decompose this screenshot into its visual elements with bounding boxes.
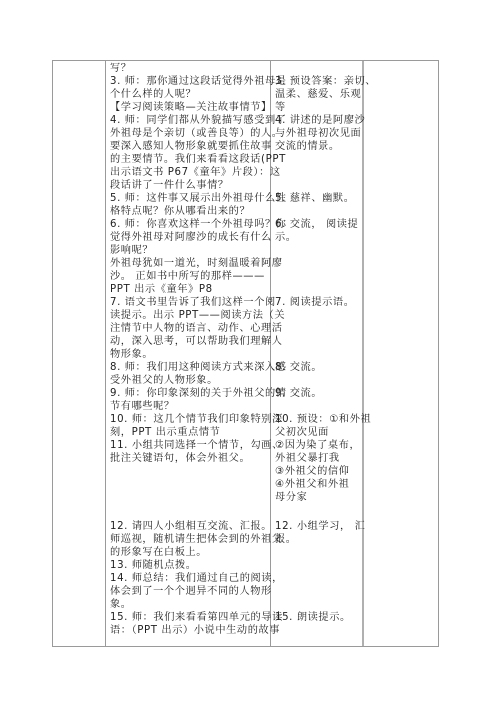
text-line: 交流的情景。 [275, 141, 340, 153]
text-line: 个什么样的人呢？ [110, 89, 196, 101]
column-teacher-activity: 写？3. 师：那你通过这段话觉得外祖母是个什么样的人呢？【学习阅读策略—关注故事… [106, 61, 271, 646]
column-design-intent [364, 61, 439, 646]
text-line: 批注关键语句，体会外祖父。 [110, 453, 250, 465]
text-line: 格特点呢？你从哪看出来的？ [110, 206, 250, 218]
text-line: 10. 师：这几个情节我们印象特别深 [110, 414, 283, 426]
text-line: 要深入感知人物形象就要抓住故事 [110, 141, 272, 153]
text-line: ③外祖父的信仰 [275, 466, 349, 478]
text-line: 15. 师：我们来看看第四单元的导读 [110, 612, 283, 624]
text-line: 注情节中人物的语言、动作、心理活 [110, 323, 283, 335]
text-line: 写？ [110, 63, 132, 75]
text-line: 10. 预设：①和外祖 [275, 414, 371, 426]
text-line: 师巡视，随机请生把体会到的外祖父 [110, 534, 283, 546]
text-line: 4. 师：同学们都从外貌描写感受到了 [110, 115, 287, 127]
text-line: 与外祖母初次见面 [275, 128, 361, 140]
text-line: 出示语文书 P67《童年》片段）：这 [110, 167, 281, 179]
text-line: 受外祖父的人物形象。 [110, 375, 218, 387]
lesson-plan-table: 写？3. 师：那你通过这段话觉得外祖母是个什么样的人呢？【学习阅读策略—关注故事… [52, 60, 439, 647]
text-line: 7. 语文书里告诉了我们这样一个阅 [110, 297, 276, 309]
text-line: 象。 [110, 599, 132, 611]
text-line: 12. 小组学习， 汇 [275, 521, 365, 533]
text-line: 6. 师：你喜欢这样一个外祖母吗？你 [110, 219, 287, 231]
text-line: 4. 讲述的是阿廖沙 [275, 115, 365, 127]
text-line: 8. 交流。 [275, 362, 322, 374]
text-line: 读提示。出示 PPT——阅读方法（关 [110, 310, 285, 322]
text-line: 示。 [275, 232, 297, 244]
text-line: 的形象写在白板上。 [110, 547, 207, 559]
text-line: 沙。 正如书中所写的那样——— [110, 271, 265, 283]
text-line: 外祖母犹如一道光，时刻温暖着阿廖 [110, 258, 283, 270]
text-line: 【学习阅读策略—关注故事情节】 [110, 102, 272, 114]
text-line: 5. 师：这件事又展示出外祖母什么性 [110, 193, 287, 205]
text-line: 11. 小组共同选择一个情节，勾画、 [110, 440, 283, 452]
text-line: 9. 交流。 [275, 388, 322, 400]
text-line: 刻，PPT 出示重点情节 [110, 427, 220, 439]
text-line: 等 [275, 102, 286, 114]
text-line: 母分家 [275, 492, 307, 504]
text-line: 15. 朗读提示。 [275, 612, 351, 624]
text-line: 8. 师：我们用这种阅读方式来深入感 [110, 362, 287, 374]
text-line: ④外祖父和外祖 [275, 479, 349, 491]
text-line: 9. 师：你印象深刻的关于外祖父的情 [110, 388, 287, 400]
text-line: 节有哪些呢？ [110, 401, 175, 413]
text-line: 13. 师随机点拨。 [110, 560, 197, 572]
text-line: 5. 慈祥、幽默。 [275, 193, 354, 205]
text-line: 3. 师：那你通过这段话觉得外祖母是 [110, 76, 287, 88]
text-line: 12. 请四人小组相互交流、汇报。 [110, 521, 272, 533]
column-segment [53, 61, 106, 646]
text-line: PPT 出示《童年》P8 [110, 284, 213, 296]
text-line: 段话讲了一件什么事情？ [110, 180, 229, 192]
text-line: 动，深入思考，可以帮助我们理解人 [110, 336, 283, 348]
text-line: 体会到了一个个迥异不同的人物形 [110, 586, 272, 598]
text-line: 觉得外祖母对阿廖沙的成长有什么 [110, 232, 272, 244]
text-line: 影响呢？ [110, 245, 153, 257]
text-line: 外祖父暴打我 [275, 453, 340, 465]
text-line: 的主要情节。我们来看看这段话(PPT [110, 154, 286, 166]
text-line: 物形象。 [110, 349, 153, 361]
text-line: 6. 交流， 阅读提 [275, 219, 358, 231]
text-line: 语：（PPT 出示）小说中生动的故事 [110, 625, 280, 637]
column-student-activity: 3. 预设答案：亲切、温柔、慈爱、乐观等4. 讲述的是阿廖沙与外祖母初次见面交流… [271, 61, 364, 646]
text-line: 14. 师总结：我们通过自己的阅读， [110, 573, 283, 585]
text-line: 3. 预设答案：亲切、 [275, 76, 376, 88]
text-line: 报。 [275, 534, 297, 546]
text-line: 父初次见面 [275, 427, 329, 439]
text-line: 温柔、慈爱、乐观 [275, 89, 361, 101]
text-line: ②因为染了桌布， [275, 440, 360, 452]
text-line: 7. 阅读提示语。 [275, 297, 354, 309]
text-line: 外祖母是个亲切（或善良等）的人。 [110, 128, 283, 140]
